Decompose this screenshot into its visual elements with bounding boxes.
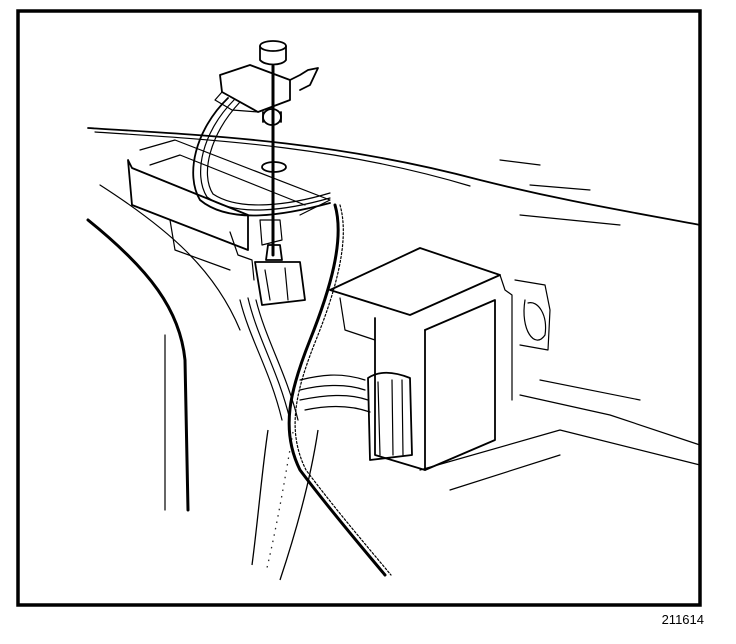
fastener-stud [255,66,305,305]
floor-panel [420,160,700,490]
mounting-bracket [215,41,318,112]
illustration-frame [18,11,700,605]
module-box [330,248,550,470]
fender-panel [88,185,240,510]
technical-illustration [0,0,736,644]
figure-number: 211614 [640,612,704,627]
hood-seam-line [88,128,700,225]
